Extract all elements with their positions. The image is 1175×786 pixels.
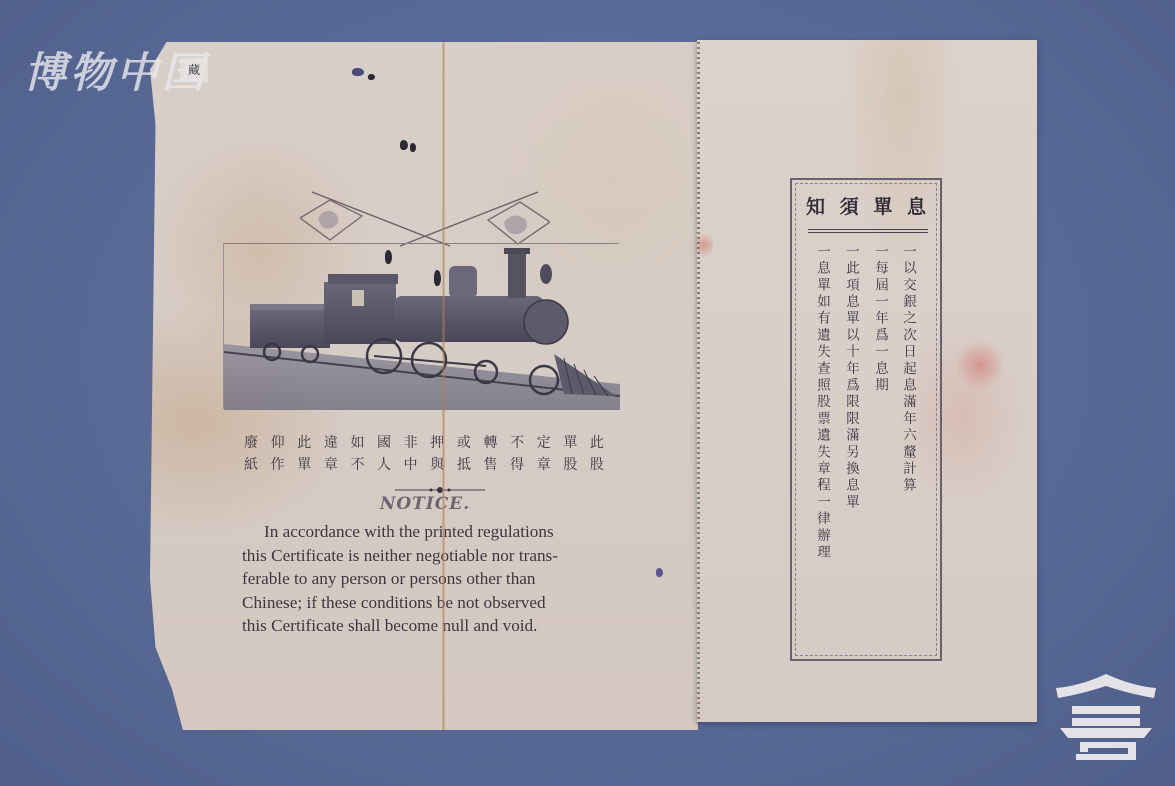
rule-item-1: 一以交銀之次日起息滿年六釐計算: [898, 244, 918, 495]
notice-line: In accordance with the printed regulatio…: [242, 520, 606, 544]
title-divider: [808, 229, 928, 233]
ornament-divider: [395, 486, 485, 494]
ink-stain: [385, 250, 392, 264]
pavilion-logo-icon: [1050, 672, 1162, 764]
collection-label-chip: 藏: [180, 58, 208, 82]
ink-stain: [352, 68, 364, 76]
red-seal-stain: [955, 340, 1005, 390]
rule-item-4: 一息單如有遺失查照股票遺失章程一律辦理: [812, 244, 832, 561]
notice-body: In accordance with the printed regulatio…: [242, 520, 606, 638]
fold-crease: [442, 42, 445, 730]
chinese-notice: 廢 仰 此 違 如 國 非 押 或 轉 不 定 單 此 紙 作 單 章 不 人 …: [238, 432, 610, 476]
crossed-flags-icon: [300, 188, 550, 250]
ink-stain: [434, 270, 441, 286]
notice-line: Chinese; if these conditions be not obse…: [242, 591, 606, 615]
notice-line: this Certificate is neither negotiable n…: [242, 544, 606, 568]
notice-title: NOTICE.: [360, 494, 490, 514]
ink-stain: [400, 140, 408, 150]
ink-stain: [656, 568, 663, 577]
locomotive-icon: [224, 244, 620, 410]
notice-line: this Certificate shall become null and v…: [242, 614, 606, 638]
perforation-line: [697, 42, 700, 726]
notice-line: ferable to any person or persons other t…: [242, 567, 606, 591]
rule-item-2: 一每屆一年爲一息期: [870, 244, 890, 394]
locomotive-illustration: [223, 243, 619, 409]
ink-stain: [368, 74, 375, 80]
chinese-notice-row-1: 廢 仰 此 違 如 國 非 押 或 轉 不 定 單 此: [238, 432, 610, 454]
ink-stain: [410, 143, 416, 152]
rule-item-3: 一此項息單以十年爲限限滿另換息單: [841, 244, 861, 511]
rules-title: 知 須 單 息: [806, 192, 926, 216]
chinese-notice-row-2: 紙 作 單 章 不 人 中 與 抵 售 得 章 股 股: [238, 454, 610, 476]
